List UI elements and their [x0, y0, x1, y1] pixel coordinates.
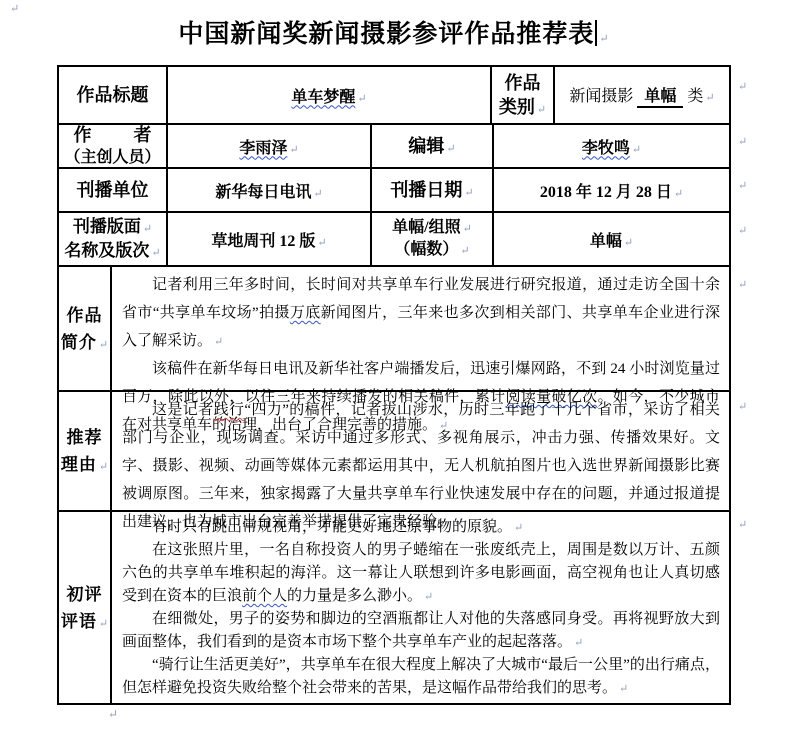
cell-mark-icon: ↵ [99, 461, 108, 473]
cell-mark-icon: ↵ [624, 237, 633, 249]
category-value-cell: 新闻摄影单幅类↵ [555, 67, 729, 123]
paragraph-mark-icon: ↵ [108, 708, 118, 720]
author-label-cell: 作者 （主创人员） [59, 125, 168, 167]
publish-org-value-cell: 新华每日电讯↵ [168, 169, 372, 211]
single-group-value-cell: 单幅↵ [494, 213, 729, 265]
author-label-line2: （主创人员） [64, 147, 160, 169]
cell-mark-icon: ↵ [632, 144, 641, 156]
category-blank-value: 单幅 [637, 83, 683, 108]
author-label-line1: 作者 [74, 123, 152, 147]
cell-mark-icon: ↵ [99, 339, 108, 351]
page-edition-value: 草地周刊 12 版↵ [211, 228, 326, 251]
document-title-row: 中国新闻奖新闻摄影参评作品推荐表↵ [0, 14, 787, 50]
summary-p1-flagged-text: 万底 [290, 305, 321, 321]
initial-review-p1-text: 有时只有跳出常规视角，才能更好地还原事物的原貌。 [152, 519, 512, 535]
recommendation-content-cell: 这是记者践行“四力”的稿件，记者拔山涉水，历时三年跑了十几个省市，采访了相关部门… [112, 392, 729, 510]
single-group-label-line2: （幅数）↵ [394, 239, 469, 261]
initial-review-paragraph-4: “骑行让生活更美好”，共享单车在很大程度上解决了大城市“最后一公里”的出行痛点，… [122, 654, 720, 700]
initial-review-content-cell: 有时只有跳出常规视角，才能更好地还原事物的原貌。↵ 在这张照片里，一名自称投资人… [112, 512, 729, 703]
author-value-cell: 李雨泽↵ [168, 125, 372, 167]
work-title-label: 作品标题 [77, 83, 149, 107]
cell-mark-icon: ↵ [537, 104, 546, 116]
page-edition-label2-text: 名称及版次 [64, 241, 149, 260]
initial-review-p3-text: 在细微处，男子的姿势和脚边的空酒瓶都让人对他的失落感同身受。再将视野放大到画面整… [122, 611, 720, 650]
paragraph-mark-icon: ↵ [619, 683, 628, 695]
recommendation-p1-flagged-text: 践行 [214, 402, 245, 418]
page-edition-value-cell: 草地周刊 12 版↵ [168, 213, 372, 265]
publish-date-value: 2018 年 12 月 28 日↵ [540, 179, 683, 202]
publish-org-label-cell: 刊播单位 [59, 169, 168, 211]
cell-mark-icon: ↵ [674, 188, 683, 200]
editor-value-cell: 李牧鸣↵ [494, 125, 729, 167]
recommendation-form-table: 作品标题 单车梦醒↵ 作品 类别↵ 新闻摄影单幅类↵ 作者 （主创人员） 李 [57, 65, 731, 705]
category-label-cell: 作品 类别↵ [492, 67, 555, 123]
work-title-text: 单车梦醒 [291, 89, 355, 106]
initial-review-paragraph-1: 有时只有跳出常规视角，才能更好地还原事物的原貌。↵ [122, 516, 720, 539]
page-edition-label1-text: 刊播版面 [73, 217, 141, 236]
category-prefix: 新闻摄影 [569, 83, 633, 106]
single-group-label1-text: 单幅/组照 [392, 219, 460, 236]
single-group-label-cell: 单幅/组照↵ （幅数）↵ [372, 213, 494, 265]
page-edition-label-cell: 刊播版面↵ 名称及版次↵ [59, 213, 168, 265]
publish-date-text: 2018 年 12 月 28 日 [540, 184, 672, 201]
cell-mark-icon: ↵ [464, 187, 473, 199]
initial-review-paragraph-2: 在这张照片里，一名自称投资人的男子蜷缩在一张废纸壳上，周围是数以万计、五颜六色的… [122, 539, 720, 608]
category-label-text: 类别 [499, 97, 535, 117]
category-label-line2: 类别↵ [499, 95, 546, 119]
cell-mark-icon: ↵ [460, 245, 469, 257]
author-value: 李雨泽↵ [239, 135, 298, 158]
row-end-mark-icon: ↵ [738, 520, 747, 531]
category-value: 新闻摄影单幅类↵ [569, 83, 714, 108]
row-end-mark-icon: ↵ [738, 402, 747, 413]
table-row-recommendation: 推荐 理由↵ 这是记者践行“四力”的稿件，记者拔山涉水，历时三年跑了十几个省市，… [59, 392, 729, 512]
summary-content-cell: 记者利用三年多时间，长时间对共享单车行业发展进行研究报道，通过走访全国十余省市“… [112, 267, 729, 390]
cell-mark-icon: ↵ [151, 247, 160, 259]
summary-paragraph-1: 记者利用三年多时间，长时间对共享单车行业发展进行研究报道，通过走访全国十余省市“… [122, 271, 720, 355]
summary-label-line2: 简介↵ [61, 329, 108, 356]
initial-review-p2-text-b: 的力量是多么渺小。 [287, 588, 422, 604]
publish-date-value-cell: 2018 年 12 月 28 日↵ [494, 169, 729, 211]
recommendation-label-line2: 理由↵ [61, 451, 108, 478]
initial-review-label-line2: 评语↵ [61, 608, 108, 635]
cell-mark-icon: ↵ [705, 93, 714, 104]
document-page: ↵ 中国新闻奖新闻摄影参评作品推荐表↵ 作品标题 单车梦醒↵ 作品 类别↵ 新闻… [0, 0, 787, 745]
page-edition-text: 草地周刊 12 版 [211, 233, 315, 250]
initial-review-paragraph-3: 在细微处，男子的姿势和脚边的空酒瓶都让人对他的失落感同身受。再将视野放大到画面整… [122, 608, 720, 654]
editor-label-text: 编辑 [408, 136, 444, 156]
table-row-publish: 刊播单位 新华每日电讯↵ 刊播日期↵ 2018 年 12 月 28 日↵ [59, 169, 729, 213]
cell-mark-icon: ↵ [446, 143, 455, 155]
paragraph-mark-icon: ↵ [514, 522, 523, 534]
table-row-page-edition: 刊播版面↵ 名称及版次↵ 草地周刊 12 版↵ 单幅/组照↵ （幅数）↵ 单幅↵ [59, 213, 729, 267]
initial-review-label2-text: 评语 [61, 612, 97, 631]
paragraph-mark-icon: ↵ [574, 637, 583, 649]
cell-mark-icon: ↵ [143, 223, 152, 235]
publish-org-text: 新华每日电讯 [215, 184, 311, 201]
paragraph-mark-icon: ↵ [599, 33, 608, 45]
initial-review-label-cell: 初评 评语↵ [59, 512, 112, 703]
author-label-char1: 作 [74, 123, 92, 147]
editor-name-text: 李牧鸣 [582, 140, 630, 157]
publish-date-label: 刊播日期↵ [390, 178, 473, 202]
publish-org-label: 刊播单位 [77, 178, 149, 202]
initial-review-label-line1: 初评 [67, 581, 103, 608]
cell-mark-icon: ↵ [99, 618, 108, 630]
single-group-label2-text: （幅数） [394, 241, 458, 258]
author-name-text: 李雨泽 [239, 140, 287, 157]
table-row-initial-review: 初评 评语↵ 有时只有跳出常规视角，才能更好地还原事物的原貌。↵ 在这张照片里，… [59, 512, 729, 703]
work-title-value: 单车梦醒↵ [291, 84, 366, 107]
publish-org-value: 新华每日电讯↵ [215, 179, 322, 202]
cell-mark-icon: ↵ [313, 188, 322, 200]
row-end-mark-icon: ↵ [738, 82, 747, 93]
table-row-author: 作者 （主创人员） 李雨泽↵ 编辑↵ 李牧鸣↵ [59, 125, 729, 169]
author-label-char2: 者 [134, 123, 152, 147]
publish-date-label-cell: 刊播日期↵ [372, 169, 494, 211]
page-edition-label-line1: 刊播版面↵ [73, 215, 152, 239]
recommendation-label-line1: 推荐 [67, 424, 103, 451]
cell-mark-icon: ↵ [357, 93, 366, 105]
single-group-text: 单幅 [590, 233, 622, 250]
summary-label2-text: 简介 [61, 333, 97, 352]
page-title: 中国新闻奖新闻摄影参评作品推荐表 [178, 21, 594, 48]
table-row-work-title: 作品标题 单车梦醒↵ 作品 类别↵ 新闻摄影单幅类↵ [59, 67, 729, 125]
cell-mark-icon: ↵ [463, 223, 472, 235]
editor-label: 编辑↵ [408, 134, 455, 158]
cell-mark-icon: ↵ [289, 144, 298, 156]
single-group-label-line1: 单幅/组照↵ [392, 217, 472, 239]
work-title-label-cell: 作品标题 [59, 67, 168, 123]
recommendation-label-cell: 推荐 理由↵ [59, 392, 112, 510]
summary-label-line1: 作品 [67, 302, 103, 329]
category-suffix: 类 [687, 83, 703, 106]
category-label-line1: 作品 [505, 71, 541, 95]
single-group-value: 单幅↵ [590, 228, 633, 251]
row-end-mark-icon: ↵ [738, 280, 747, 291]
recommendation-p1-text-a: 这是记者 [152, 402, 214, 418]
summary-label-cell: 作品 简介↵ [59, 267, 112, 390]
paragraph-mark-icon: ↵ [424, 591, 433, 603]
initial-review-p4-text: “骑行让生活更美好”，共享单车在很大程度上解决了大城市“最后一公里”的出行痛点，… [122, 657, 720, 696]
cell-mark-icon: ↵ [317, 237, 326, 249]
table-row-summary: 作品 简介↵ 记者利用三年多时间，长时间对共享单车行业发展进行研究报道，通过走访… [59, 267, 729, 392]
page-edition-label-line2: 名称及版次↵ [64, 239, 160, 263]
recommendation-p1-text-b: “四力”的稿件，记者拔山涉水，历时三年跑了十几个省市，采访了相关部门与企业，现场… [122, 402, 720, 530]
publish-date-label-text: 刊播日期 [390, 180, 462, 200]
initial-review-p2-flagged-text: 前个人 [242, 588, 287, 604]
row-end-mark-icon: ↵ [738, 137, 747, 148]
work-title-value-cell: 单车梦醒↵ [168, 67, 492, 123]
editor-value: 李牧鸣↵ [582, 135, 641, 158]
paragraph-mark-icon: ↵ [214, 336, 223, 348]
row-end-mark-icon: ↵ [738, 181, 747, 192]
row-end-mark-icon: ↵ [738, 226, 747, 237]
recommendation-label2-text: 理由 [61, 455, 97, 474]
text-cursor-caret [595, 20, 597, 46]
editor-label-cell: 编辑↵ [372, 125, 494, 167]
